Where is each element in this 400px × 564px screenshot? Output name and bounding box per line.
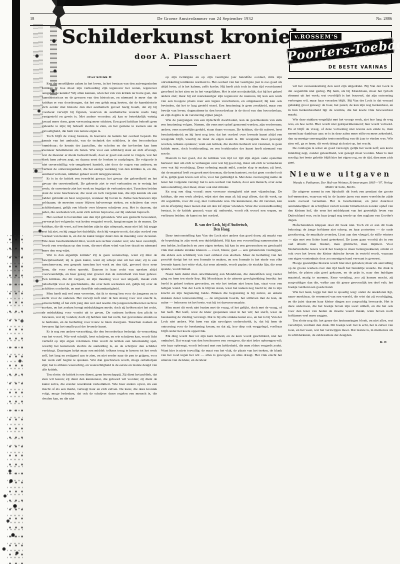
paragraph: Ten slotte: de kritiek is een dienst, ge… <box>42 372 157 401</box>
text-column-2: op zijn twintigste en op zijn veertigste… <box>161 75 282 476</box>
headline-block: Schilderkunst kroniek door A. Plasschaer… <box>55 27 311 66</box>
section-heading-nieuwe-uitgaven: Nieuwe uitgaven <box>288 171 393 179</box>
scan-speckles-left <box>7 235 23 564</box>
text-column-1: Over kritiek II Een der moeilijkste zake… <box>42 75 157 476</box>
paragraph: En nog een ding vooraf: men verwarre str… <box>161 190 282 219</box>
column3-body: De uitgever noemt in een bijschrift dit … <box>288 190 393 338</box>
tobacco-advertisement: v.ROSSEM'S Poorters-Toeback DE BESTE VAR… <box>289 31 392 72</box>
article-byline: door A. Plasschaert <box>55 52 311 61</box>
column3-body-top: wil het overeenkomstig den aard zijn uit… <box>288 84 393 165</box>
exhibition-heading: B. van der Leck, bij d'Audretsch, Den Ha… <box>161 223 282 232</box>
column1-kicker: Over kritiek II <box>42 75 157 80</box>
paragraph: Men moet dit werk niet bezien met de vra… <box>161 305 282 334</box>
reviewer-initials: R. P. <box>288 340 393 345</box>
byline-rule <box>169 65 197 66</box>
issue-number: No. 2886 <box>376 14 392 23</box>
paragraph: wil het overeenkomstig den aard zijn uit… <box>288 84 393 117</box>
paragraph: Toch blijft de vraag bestaan, in hoeverr… <box>42 134 157 177</box>
column2-body-after: Deze tentoonstelling kan Van der Leck ni… <box>161 234 282 363</box>
column2-body-before: op zijn twintigste en op zijn veertigste… <box>161 75 282 218</box>
masthead: 18 De Groene Amsterdammer van 24 Septemb… <box>30 13 392 26</box>
paragraph: Wie de jaargangen van een tijdschrift do… <box>161 118 282 156</box>
paragraph: Elk ding wordt hier tot zijn kern herlei… <box>161 334 282 363</box>
exhibition-heading-line2: Den Haag <box>161 227 282 232</box>
newspaper-page: 18 De Groene Amsterdammer van 24 Septemb… <box>0 0 400 564</box>
article-title: Schilderkunst kroniek <box>55 27 311 48</box>
column-divider-rule <box>288 78 392 79</box>
column1-body: Een der moeilijkste zaken in het leven, … <box>42 81 157 401</box>
masthead-title: De Groene Amsterdammer van 24 September … <box>34 14 376 23</box>
scan-dust-specks <box>0 0 2 2</box>
paragraph: Wat is dan eigenlijk kritiek? Zij is gee… <box>42 253 157 291</box>
paragraph: Er is in de kritiek een tweeërlei gevaar… <box>42 177 157 215</box>
paragraph: op zijn twintigste en op zijn veertigste… <box>161 75 282 118</box>
ad-brand-label: v.ROSSEM'S <box>291 33 342 41</box>
paragraph: Ten slotte nog dit: het genre der herinn… <box>288 318 393 337</box>
book-reference: Wanda v. Puttkamer, Der Hof von Weimar, … <box>288 181 393 189</box>
paragraph: Hofschandalen klappen doet dit boek niet… <box>288 223 393 261</box>
paragraph: Wie deze stukken vergelijkt met het vroe… <box>288 117 393 146</box>
paragraph: Een der moeilijkste zaken in het leven, … <box>42 81 157 134</box>
scan-edge-top <box>57 0 400 6</box>
paragraph: Daarom is het goed, dat de kritikus van … <box>161 156 282 189</box>
ad-tagline: DE BESTE VARINAS <box>329 65 388 70</box>
paragraph: Wie het leest, legge het niet te spoedig… <box>288 290 393 319</box>
paragraph: Hooge geestelijke historie wordt hier ni… <box>288 261 393 290</box>
paragraph: Men heeft mij wel eens verweten, dat ik … <box>42 291 157 329</box>
paragraph: De uitgever noemt in een bijschrift dit … <box>288 190 393 223</box>
paragraph: Er is nog een andere verzoeking, die den… <box>42 329 157 372</box>
paragraph: De catalogus is sober en goed verzorgd, … <box>288 146 393 165</box>
ad-product-ribbon: Poorters-Toeback <box>286 37 394 64</box>
text-column-3: wil het overeenkomstig den aard zijn uit… <box>288 84 393 476</box>
paragraph: Deze tentoonstelling kan Van der Leck ni… <box>161 234 282 272</box>
paragraph: Naast hem denkt men onwillekeurig aan Mo… <box>161 272 282 305</box>
paragraph: Het oordeel is bovendien aan den tijd ge… <box>42 215 157 253</box>
